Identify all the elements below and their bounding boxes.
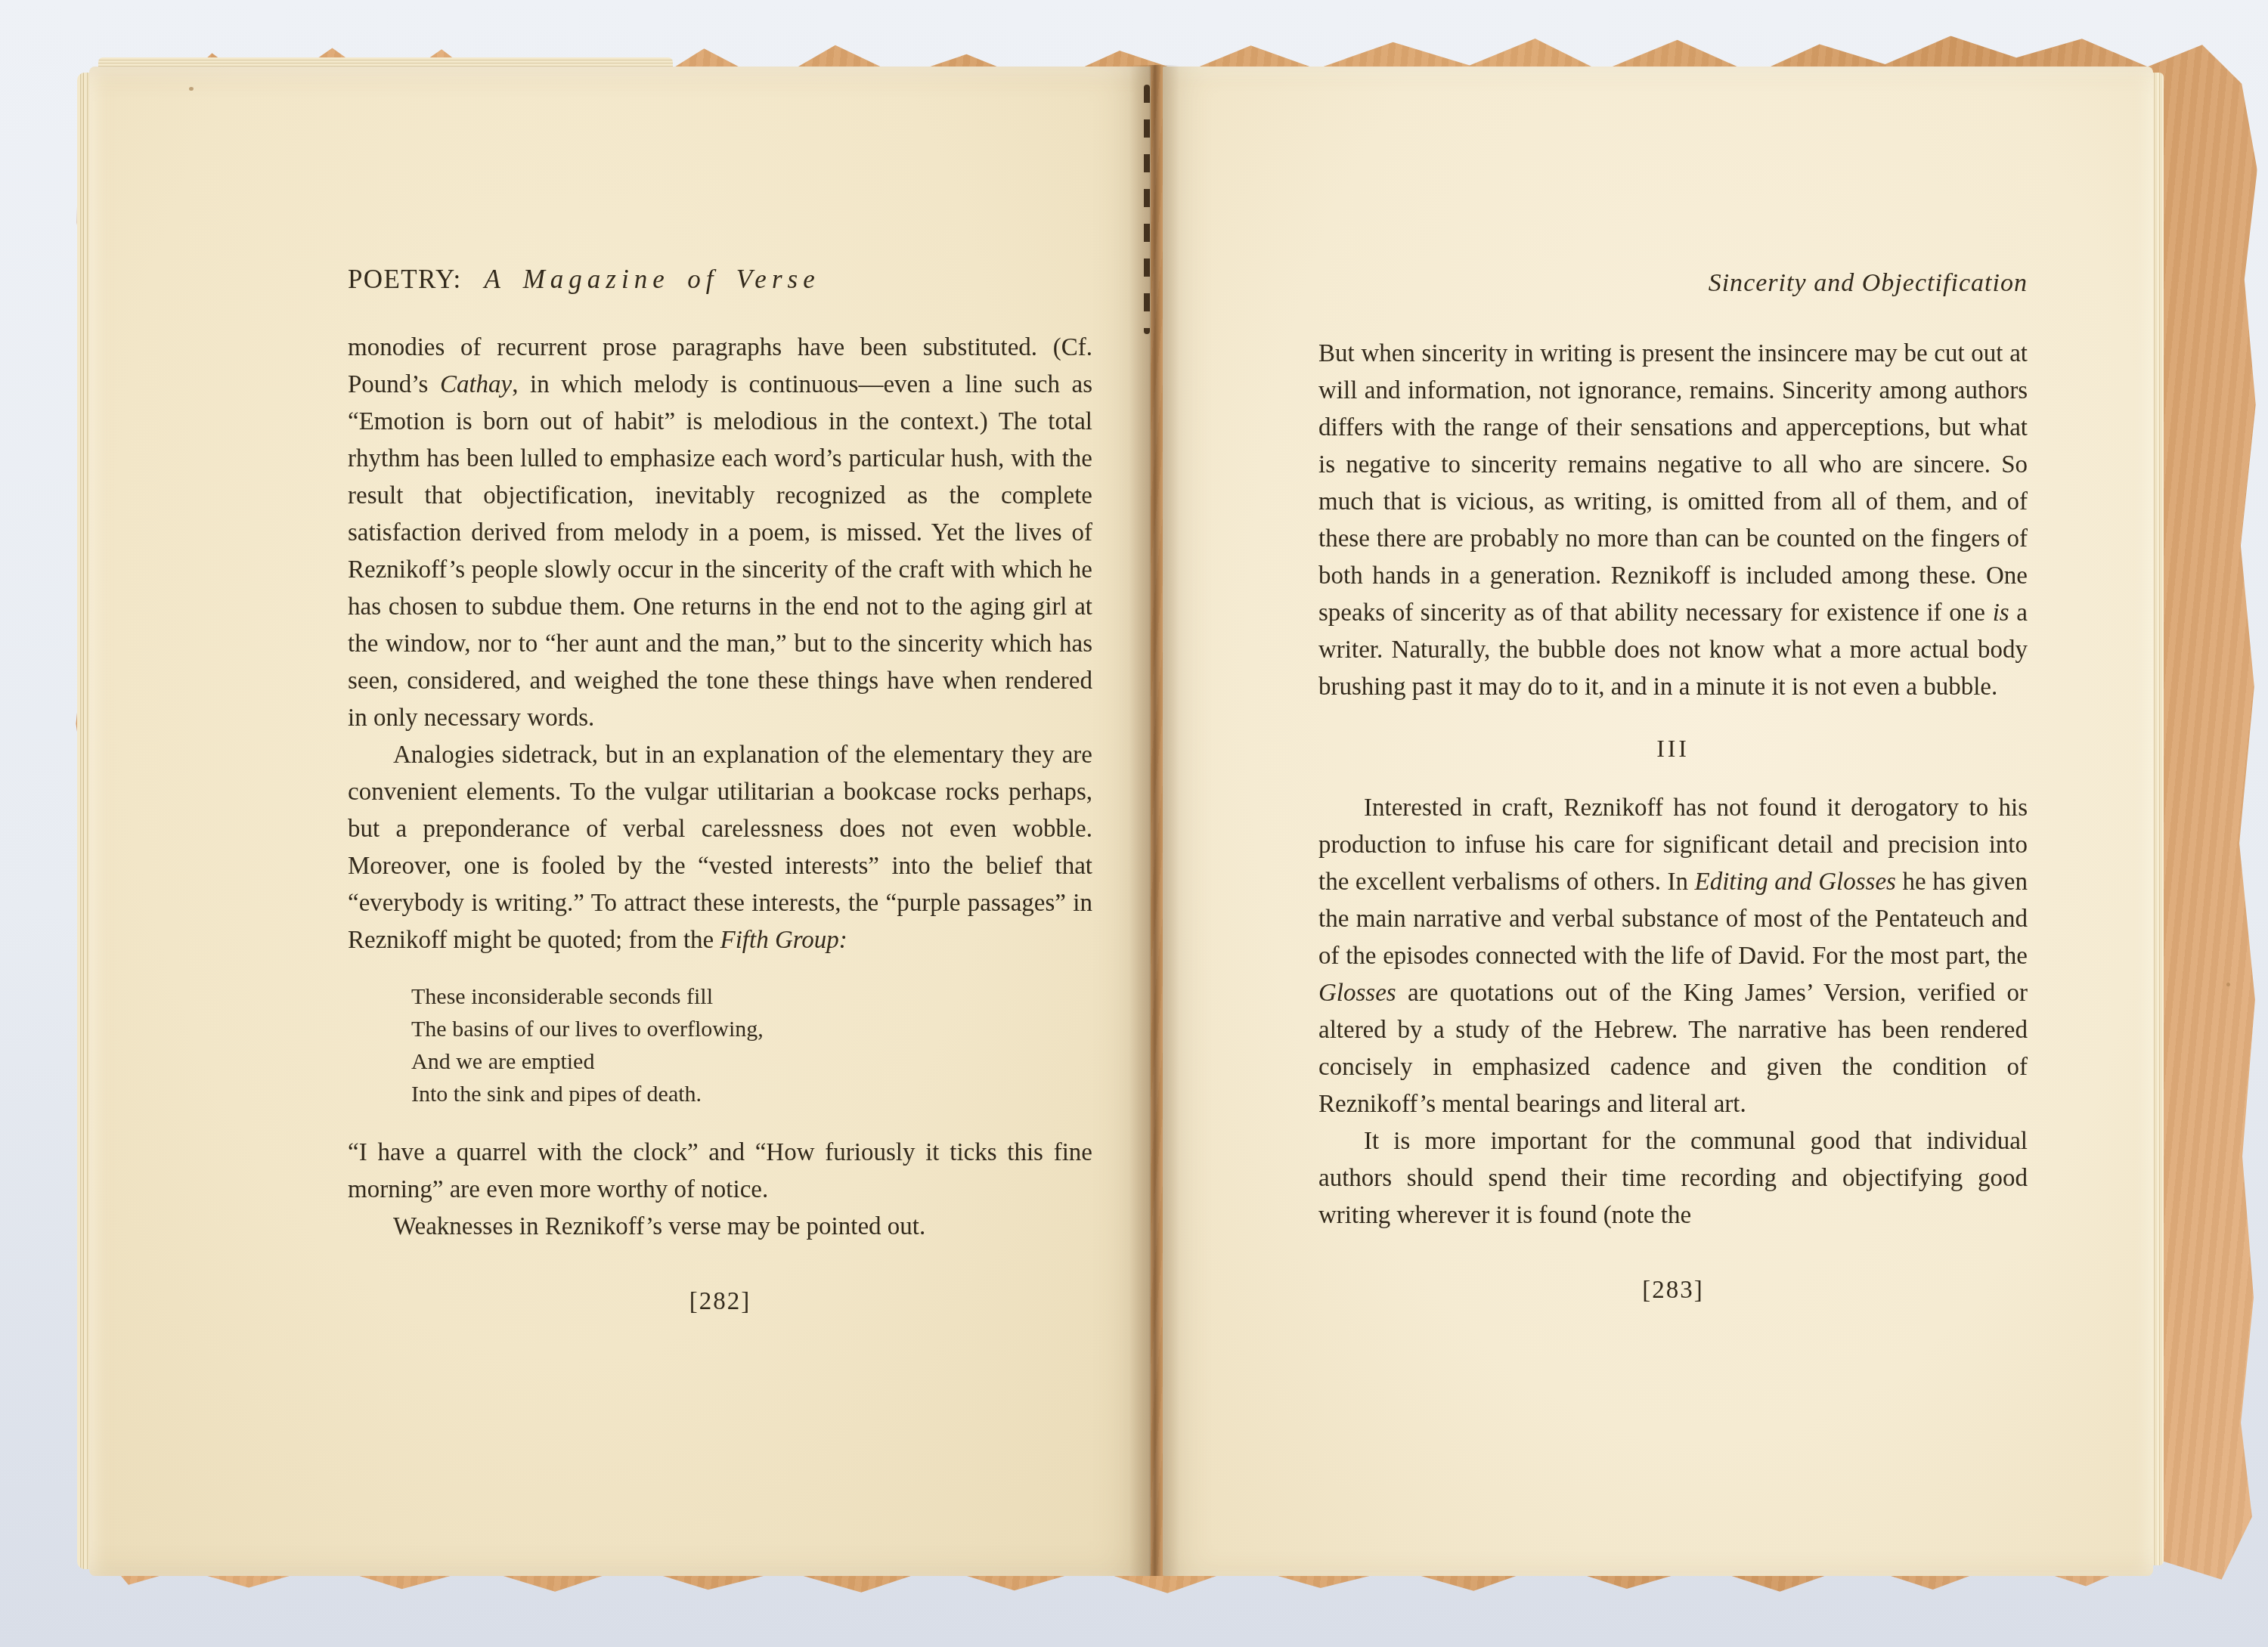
text-run: Analogies sidetrack, but in an explanati… bbox=[348, 741, 1092, 954]
paragraph: It is more important for the communal go… bbox=[1318, 1123, 2028, 1234]
book-scan-photo: POETRY: A Magazine of Verse monodies of … bbox=[0, 0, 2268, 1647]
page-number-right: [283] bbox=[1318, 1277, 2028, 1305]
text-run: Weaknesses in Reznikoff’s verse may be p… bbox=[393, 1213, 925, 1240]
italic-phrase: is bbox=[1993, 599, 2009, 627]
italic-phrase: Glosses bbox=[1318, 980, 1396, 1007]
text-run: It is more important for the communal go… bbox=[1318, 1128, 2028, 1229]
gutter-shadow bbox=[1129, 65, 1179, 1576]
paragraph: But when sincerity in writing is present… bbox=[1318, 336, 2028, 706]
running-head-right: Sincerity and Objectification bbox=[1318, 269, 2028, 298]
journal-subtitle: A Magazine of Verse bbox=[485, 265, 820, 295]
paragraph: monodies of recurrent prose paragraphs h… bbox=[348, 330, 1092, 737]
text-run: “I have a quarrel with the clock” and “H… bbox=[348, 1139, 1092, 1203]
paragraph: “I have a quarrel with the clock” and “H… bbox=[348, 1135, 1092, 1209]
binding-stitches bbox=[1144, 85, 1150, 334]
page-edge-stack-right bbox=[2152, 73, 2164, 1565]
dust-speck bbox=[189, 87, 194, 91]
section-heading: III bbox=[1318, 735, 2028, 763]
text-run: But when sincerity in writing is present… bbox=[1318, 340, 2028, 627]
chapter-title: Sincerity and Objectification bbox=[1709, 269, 2028, 298]
text-run: , in which melody is continuous—even a l… bbox=[348, 371, 1092, 732]
text-run: are quotations out of the King James’ Ve… bbox=[1318, 980, 2028, 1118]
journal-title: POETRY: bbox=[348, 265, 462, 295]
paragraph: Weaknesses in Reznikoff’s verse may be p… bbox=[348, 1209, 1092, 1246]
poem-line: Into the sink and pipes of death. bbox=[411, 1078, 1092, 1110]
italic-phrase: Fifth Group: bbox=[720, 927, 847, 954]
poem-block: These inconsiderable seconds fillThe bas… bbox=[411, 980, 1092, 1110]
poem-line: These inconsiderable seconds fill bbox=[411, 980, 1092, 1013]
paragraph: Analogies sidetrack, but in an explanati… bbox=[348, 737, 1092, 959]
italic-phrase: Cathay bbox=[440, 371, 512, 398]
italic-phrase: Editing and Glosses bbox=[1695, 868, 1896, 896]
running-head-left: POETRY: A Magazine of Verse bbox=[348, 265, 1092, 295]
dust-speck bbox=[2226, 983, 2230, 986]
poem-line: The basins of our lives to overflowing, bbox=[411, 1013, 1092, 1045]
right-page: Sincerity and Objectification But when s… bbox=[1163, 67, 2153, 1576]
poem-line: And we are emptied bbox=[411, 1045, 1092, 1078]
paragraph: Interested in craft, Reznikoff has not f… bbox=[1318, 790, 2028, 1123]
left-page: POETRY: A Magazine of Verse monodies of … bbox=[89, 67, 1151, 1576]
page-number-left: [282] bbox=[348, 1288, 1092, 1316]
